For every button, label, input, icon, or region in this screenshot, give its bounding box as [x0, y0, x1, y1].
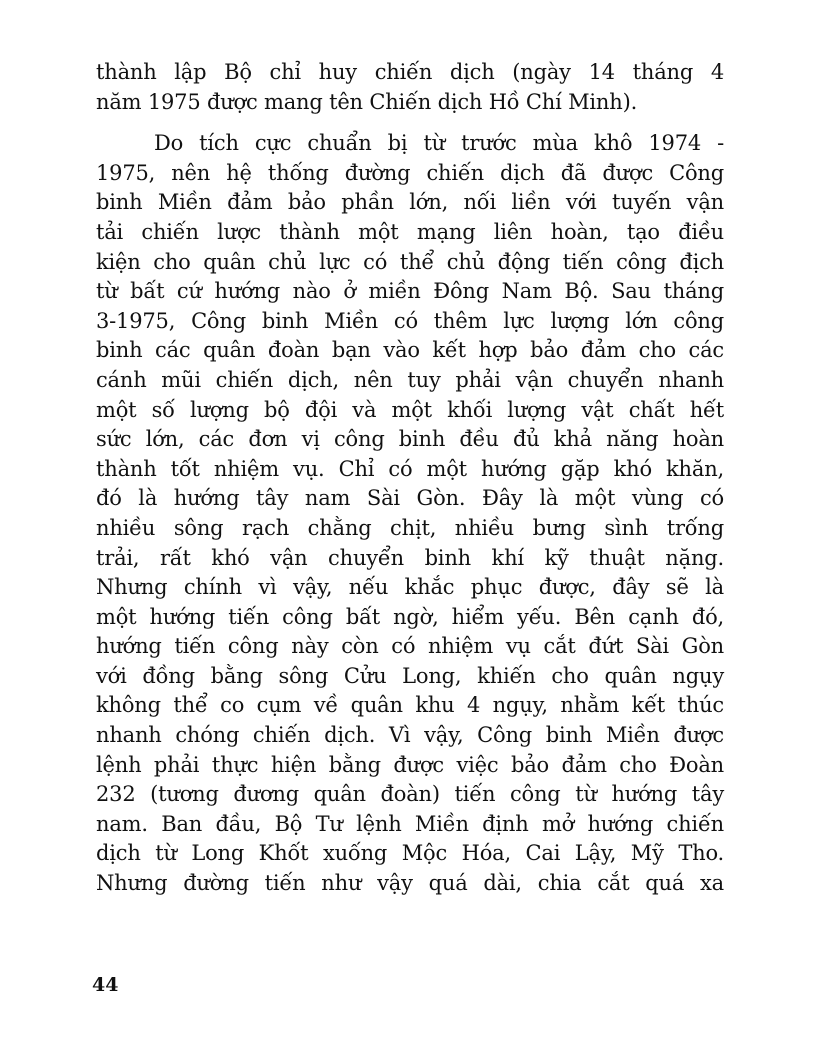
- text-line: 1975, nên hệ thống đường chiến dịch đã đ…: [96, 159, 724, 189]
- text-line: cánh mũi chiến dịch, nên tuy phải vận ch…: [96, 366, 724, 396]
- text-line: đó là hướng tây nam Sài Gòn. Đây là một …: [96, 484, 724, 514]
- text-line: sức lớn, các đơn vị công binh đều đủ khả…: [96, 425, 724, 455]
- text-line: nhanh chóng chiến dịch. Vì vậy, Công bin…: [96, 721, 724, 751]
- text-line: [96, 899, 724, 929]
- text-line: binh các quân đoàn bạn vào kết hợp bảo đ…: [96, 336, 724, 366]
- text-line: Do tích cực chuẩn bị từ trước mùa khô 19…: [96, 129, 724, 159]
- text-line: Nhưng đường tiến như vậy quá dài, chia c…: [96, 869, 724, 899]
- text-line: 3-1975, Công binh Miền có thêm lực lượng…: [96, 307, 724, 337]
- text-line: không thể co cụm về quân khu 4 ngụy, nhằ…: [96, 691, 724, 721]
- paragraph-spacer: [96, 117, 724, 129]
- paragraph-1: thành lập Bộ chỉ huy chiến dịch (ngày 14…: [96, 58, 724, 117]
- text-line: với đồng bằng sông Cửu Long, khiến cho q…: [96, 662, 724, 692]
- text-line: dịch từ Long Khốt xuống Mộc Hóa, Cai Lậy…: [96, 839, 724, 869]
- text-line: thành lập Bộ chỉ huy chiến dịch (ngày 14…: [96, 58, 724, 88]
- text-line: một số lượng bộ đội và một khối lượng vậ…: [96, 396, 724, 426]
- text-line: năm 1975 được mang tên Chiến dịch Hồ Chí…: [96, 88, 724, 118]
- text-line: Nhưng chính vì vậy, nếu khắc phục được, …: [96, 573, 724, 603]
- text-line: một hướng tiến công bất ngờ, hiểm yếu. B…: [96, 603, 724, 633]
- document-page: thành lập Bộ chỉ huy chiến dịch (ngày 14…: [96, 58, 724, 958]
- text-line: kiện cho quân chủ lực có thể chủ động ti…: [96, 248, 724, 278]
- text-line: tải chiến lược thành một mạng liên hoàn,…: [96, 218, 724, 248]
- text-line: hướng tiến công này còn có nhiệm vụ cắt …: [96, 632, 724, 662]
- page-number: 44: [92, 974, 118, 996]
- text-line: [96, 928, 724, 958]
- text-line: binh Miền đảm bảo phần lớn, nối liền với…: [96, 188, 724, 218]
- text-line: 232 (tương đương quân đoàn) tiến công từ…: [96, 780, 724, 810]
- text-line: thành tốt nhiệm vụ. Chỉ có một hướng gặp…: [96, 455, 724, 485]
- text-line: nam. Ban đầu, Bộ Tư lệnh Miền định mở hư…: [96, 810, 724, 840]
- text-line: từ bất cứ hướng nào ở miền Đông Nam Bộ. …: [96, 277, 724, 307]
- text-line: lệnh phải thực hiện bằng được việc bảo đ…: [96, 751, 724, 781]
- paragraph-2: Do tích cực chuẩn bị từ trước mùa khô 19…: [96, 129, 724, 958]
- text-line: nhiều sông rạch chằng chịt, nhiều bưng s…: [96, 514, 724, 544]
- text-line: trải, rất khó vận chuyển binh khí kỹ thu…: [96, 544, 724, 574]
